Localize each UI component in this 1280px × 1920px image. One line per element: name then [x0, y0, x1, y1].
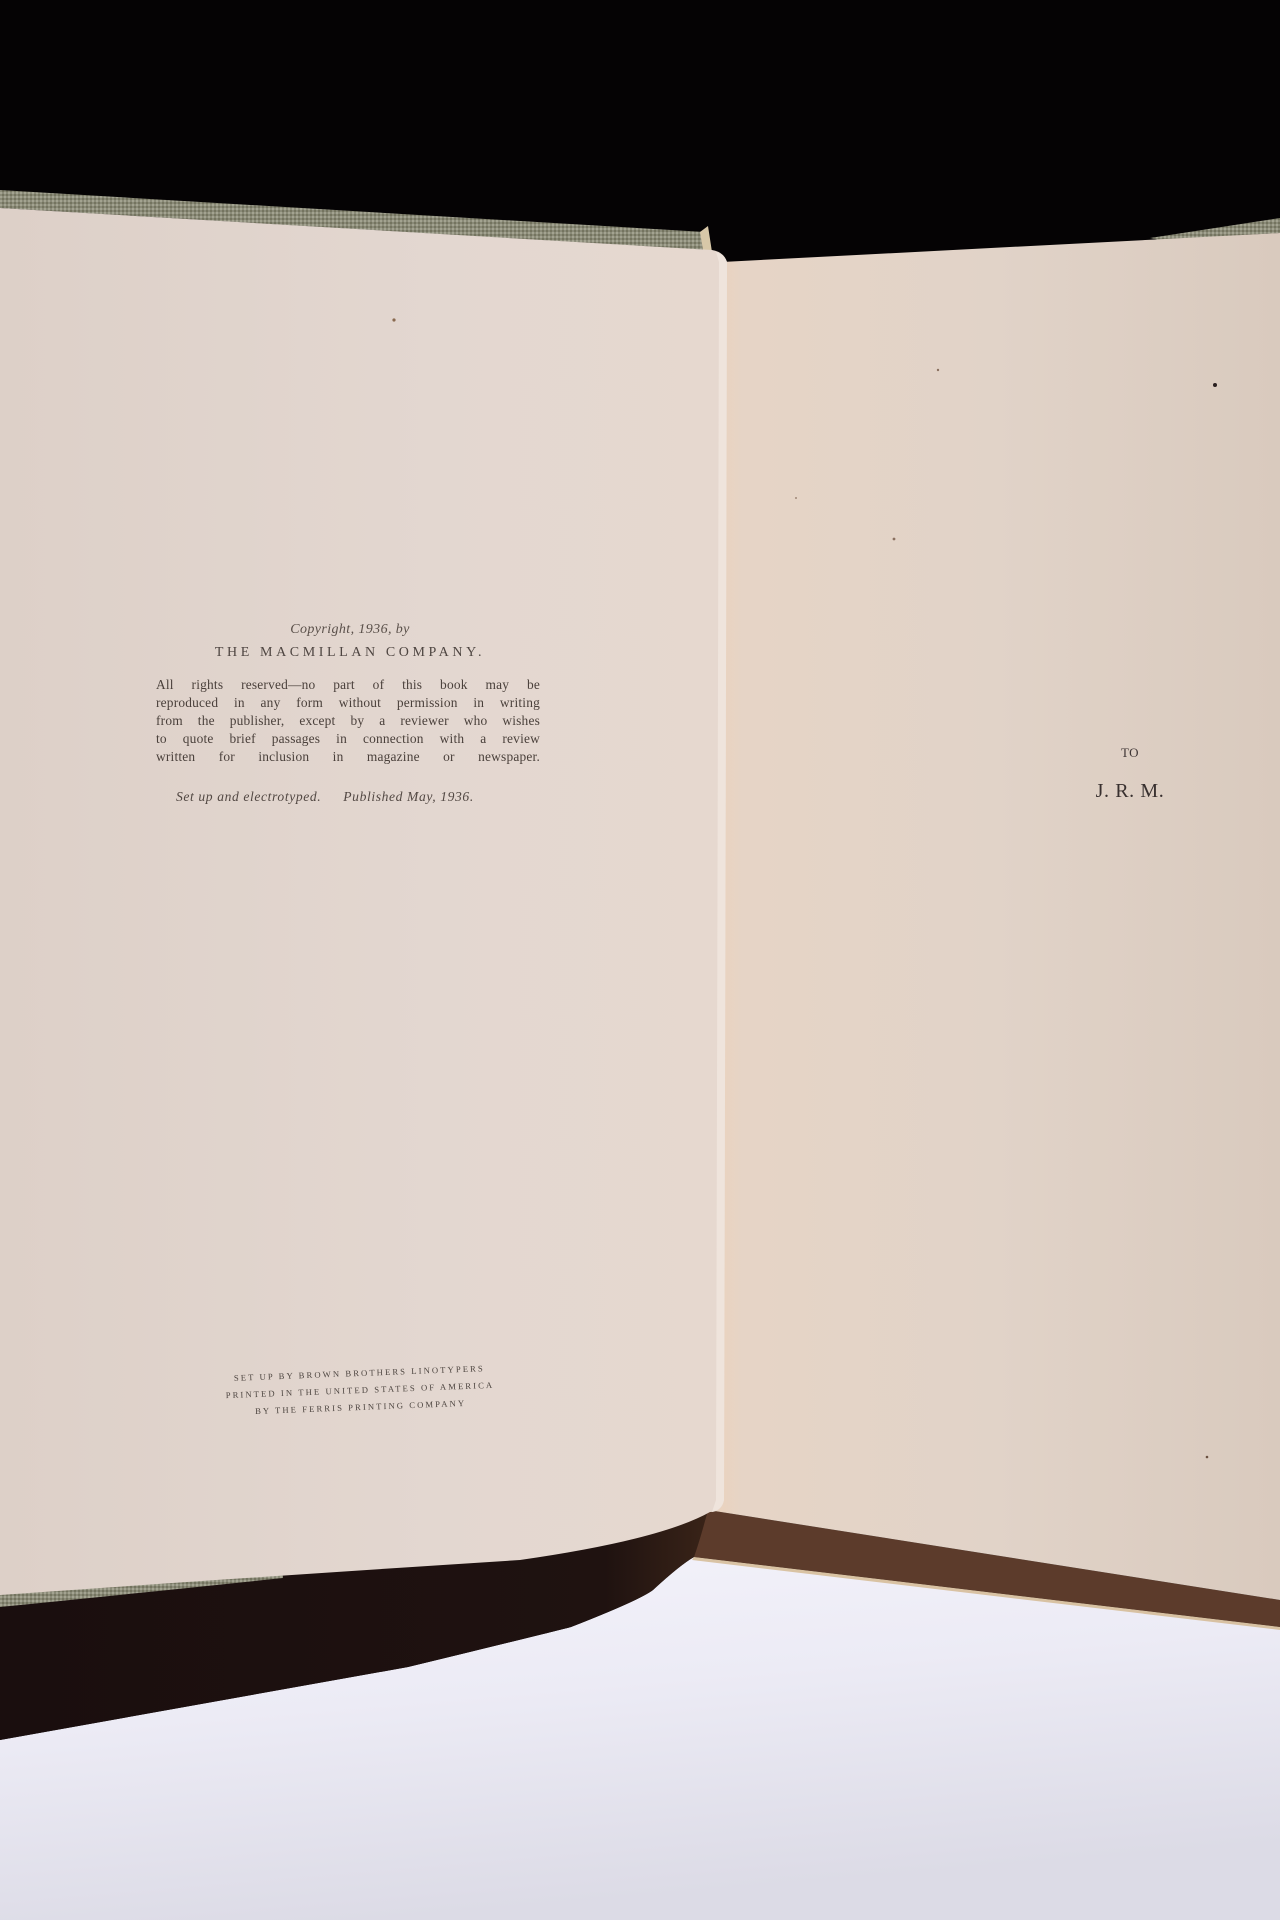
rights-line: written for inclusion in magazine or new…: [156, 748, 540, 766]
rights-line: reproduced in any form without permissio…: [156, 694, 540, 712]
paper-speck: [1213, 383, 1217, 387]
copyright-line: Copyright, 1936, by: [140, 622, 560, 638]
rights-line: to quote brief passages in connection wi…: [156, 730, 540, 748]
dedication-initials: J. R. M.: [1070, 780, 1190, 803]
rights-notice: All rights reserved—no part of this book…: [156, 676, 540, 766]
paper-speck: [392, 318, 395, 321]
publisher-name: THE MACMILLAN COMPANY.: [140, 645, 560, 661]
published-note: Published May, 1936.: [343, 789, 474, 805]
paper-speck: [937, 369, 939, 371]
setup-note: Set up and electrotyped.: [176, 789, 321, 805]
paper-speck: [795, 497, 797, 499]
rights-line: All rights reserved—no part of this book…: [156, 676, 540, 694]
rights-line: from the publisher, except by a reviewer…: [156, 712, 540, 730]
right-page: [708, 233, 1280, 1600]
paper-speck: [893, 538, 896, 541]
book-illustration: [0, 0, 1280, 1920]
publication-note: Set up and electrotyped.Published May, 1…: [176, 789, 526, 805]
book-photo-scene: Copyright, 1936, by THE MACMILLAN COMPAN…: [0, 0, 1280, 1920]
dedication-to: TO: [1090, 745, 1170, 761]
paper-speck: [1206, 1456, 1209, 1459]
